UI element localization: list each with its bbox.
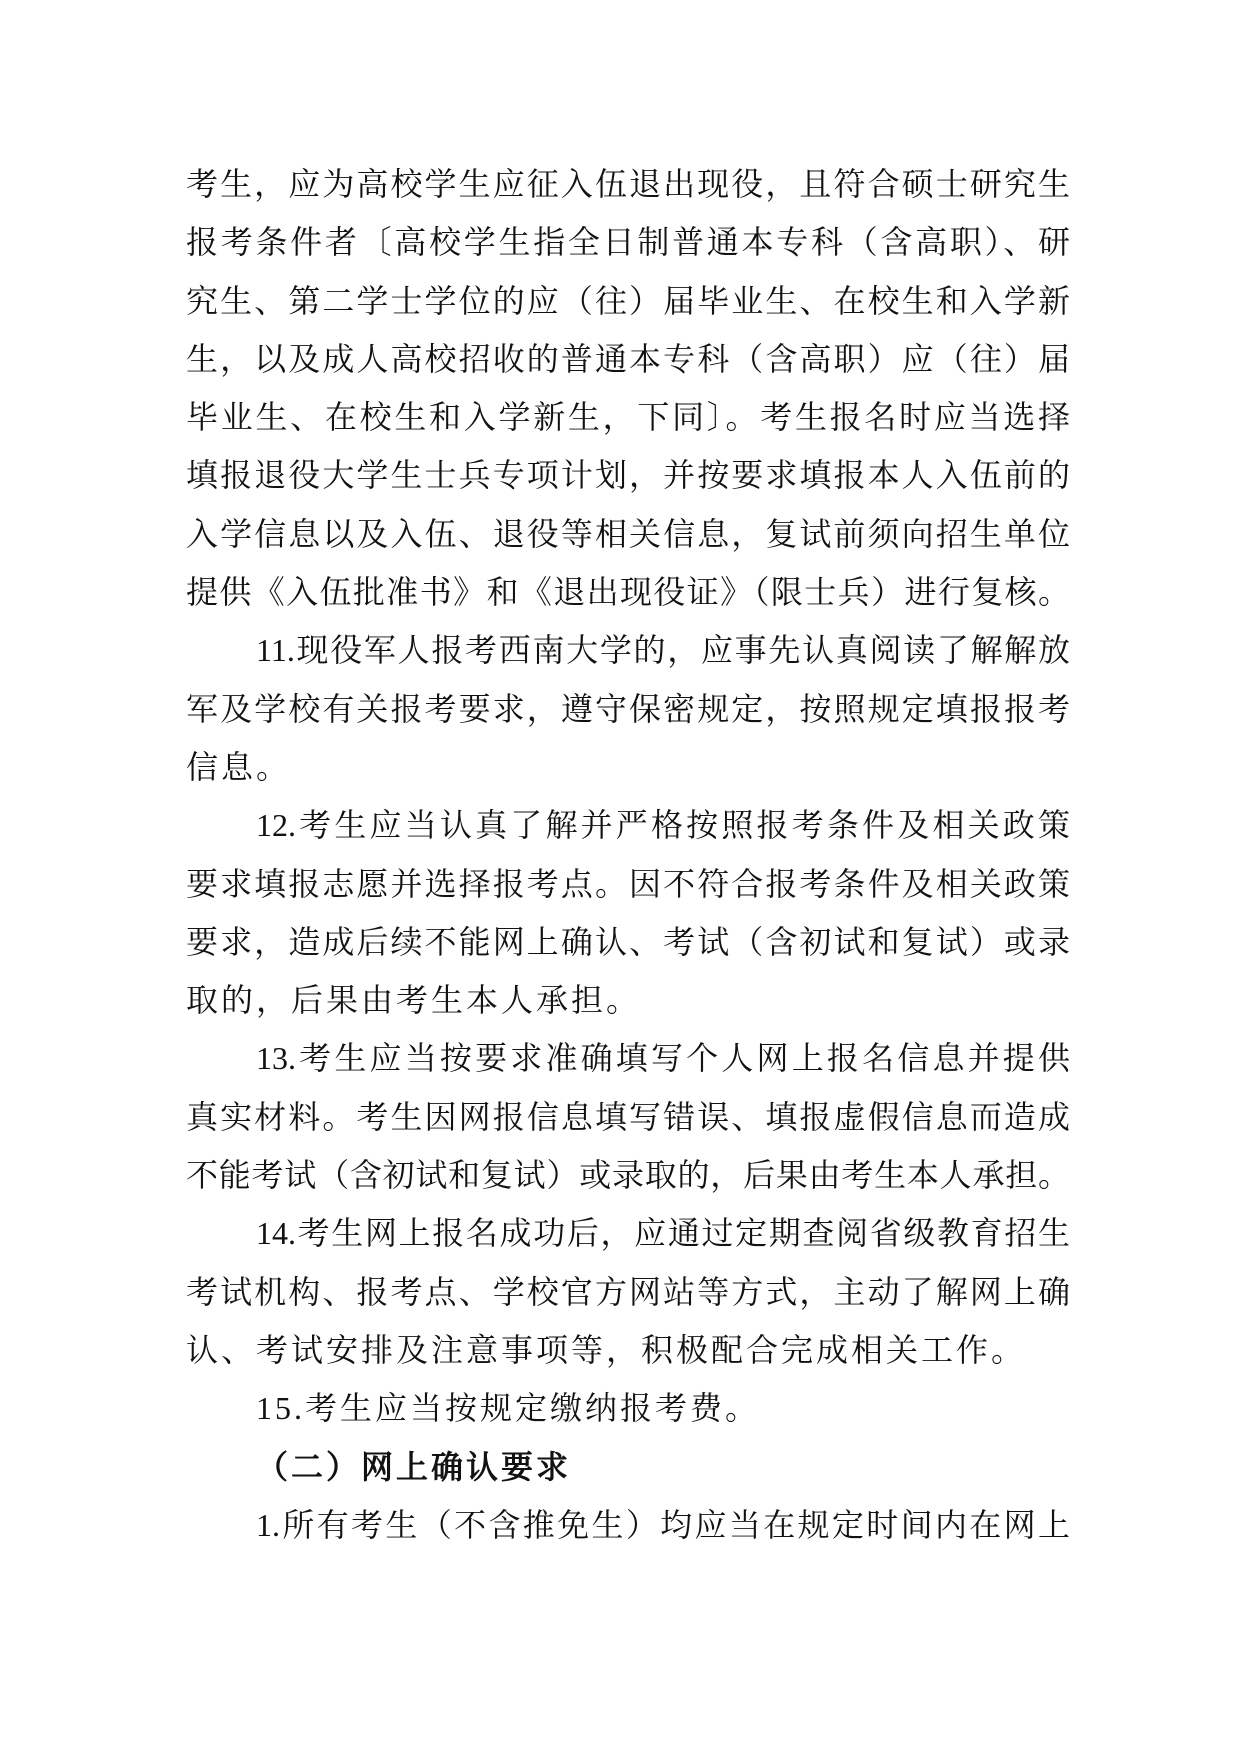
section-heading: （二）网上确认要求: [186, 1438, 1070, 1496]
paragraph-start-line: 12.考生应当认真了解并严格按照报考条件及相关政策: [186, 796, 1070, 854]
text-line: 提供《入伍批准书》和《退出现役证》（限士兵）进行复核。: [186, 563, 1070, 621]
text-block: 考生，应为高校学生应征入伍退出现役，且符合硕士研究生 报考条件者〔高校学生指全日…: [186, 155, 1070, 1554]
text-line: 究生、第二学士学位的应（往）届毕业生、在校生和入学新: [186, 272, 1070, 330]
text-line: 填报退役大学生士兵专项计划，并按要求填报本人入伍前的: [186, 446, 1070, 504]
text-line: 取的，后果由考生本人承担。: [186, 971, 1070, 1029]
text-line: 报考条件者〔高校学生指全日制普通本专科（含高职）、研: [186, 213, 1070, 271]
paragraph-start-line: 14.考生网上报名成功后，应通过定期查阅省级教育招生: [186, 1204, 1070, 1262]
paragraph-start-line: 15.考生应当按规定缴纳报考费。: [186, 1379, 1070, 1437]
text-line: 生，以及成人高校招收的普通本专科（含高职）应（往）届: [186, 330, 1070, 388]
text-line: 认、考试安排及注意事项等，积极配合完成相关工作。: [186, 1321, 1070, 1379]
paragraph-start-line: 11.现役军人报考西南大学的，应事先认真阅读了解解放: [186, 621, 1070, 679]
text-line: 要求填报志愿并选择报考点。因不符合报考条件及相关政策: [186, 855, 1070, 913]
text-line: 真实材料。考生因网报信息填写错误、填报虚假信息而造成: [186, 1088, 1070, 1146]
text-line: 入学信息以及入伍、退役等相关信息，复试前须向招生单位: [186, 505, 1070, 563]
text-line: 毕业生、在校生和入学新生，下同〕。考生报名时应当选择: [186, 388, 1070, 446]
document-page: 考生，应为高校学生应征入伍退出现役，且符合硕士研究生 报考条件者〔高校学生指全日…: [0, 0, 1240, 1753]
paragraph-start-line: 1.所有考生（不含推免生）均应当在规定时间内在网上: [186, 1496, 1070, 1554]
text-line: 考试机构、报考点、学校官方网站等方式，主动了解网上确: [186, 1263, 1070, 1321]
text-line: 要求，造成后续不能网上确认、考试（含初试和复试）或录: [186, 913, 1070, 971]
text-line: 信息。: [186, 738, 1070, 796]
paragraph-start-line: 13.考生应当按要求准确填写个人网上报名信息并提供: [186, 1029, 1070, 1087]
text-line: 不能考试（含初试和复试）或录取的，后果由考生本人承担。: [186, 1146, 1070, 1204]
text-line: 考生，应为高校学生应征入伍退出现役，且符合硕士研究生: [186, 155, 1070, 213]
text-line: 军及学校有关报考要求，遵守保密规定，按照规定填报报考: [186, 680, 1070, 738]
